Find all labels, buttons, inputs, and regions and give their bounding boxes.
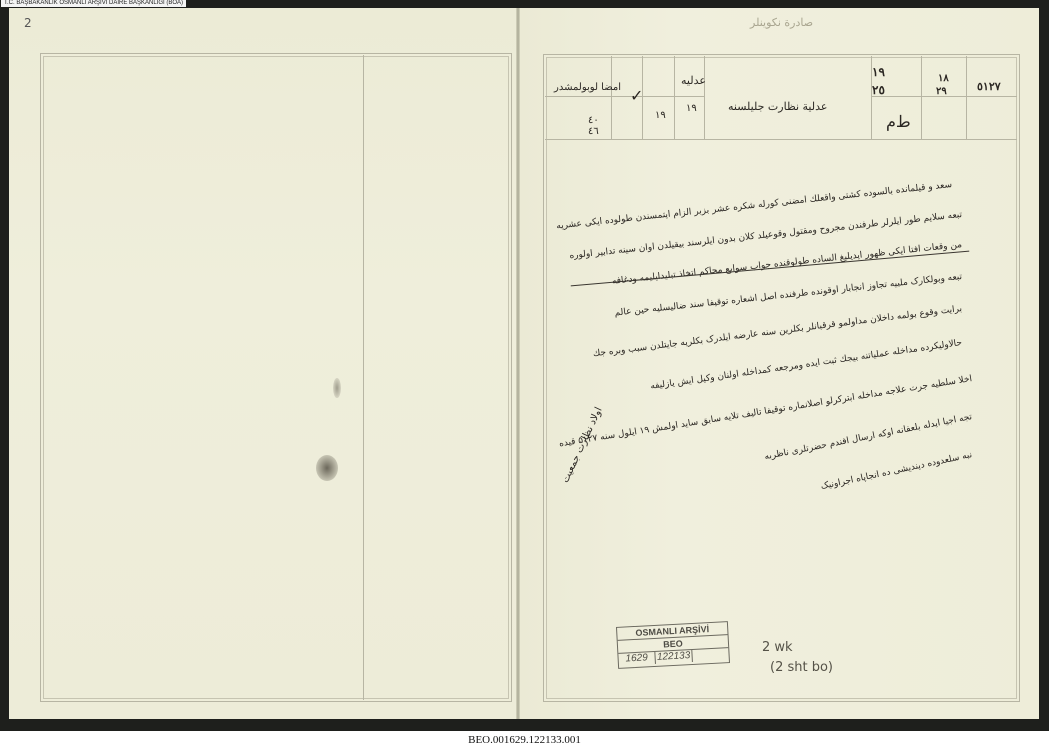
ink-smudge [333,378,341,398]
header-label: عدلیه [681,74,706,87]
ref-40: ٤٠ [588,115,599,126]
register-number: ٥١٢٧ [977,80,1001,93]
table-col-divider [966,56,967,139]
ref-19-a: ١٩ [686,103,697,114]
register-day-1: ١٨ [938,73,949,84]
stamp-doc-number: 122133 [655,650,693,664]
addressee: عدلية نظارت جليلسنه [728,100,827,113]
archive-label: T.C. BAŞBAKANLIK OSMANLI ARŞİVİ DAİRE BA… [1,0,186,7]
registrar-signature: ﻁﻡ [886,112,911,131]
stamp-file-number: 1629 [618,652,656,666]
pencil-note-sheets: 2 wk [762,640,793,655]
ref-46: ٤٦ [588,126,599,137]
left-page-column-divider [363,55,364,700]
table-col-divider [704,56,705,139]
ink-smudge [316,455,338,481]
archive-stamp: OSMANLI ARŞİVİ BEO 1629 122133 [616,621,730,669]
pencil-note-detail: (2 sht bo) [770,660,833,675]
ref-19-b: ١٩ [655,110,666,121]
register-date-2: ٢٥ [872,83,885,97]
table-mid-rule-left [545,96,705,97]
left-page-ruled-frame [40,53,512,702]
status-note: امضا لوبولمشدر [554,82,621,93]
register-day-2: ٢٩ [936,86,947,97]
stamp-empty-cell [692,648,729,662]
table-bottom-rule [545,139,1017,140]
top-pencil-note: صادرة نكوينلر [750,16,813,29]
table-col-divider [611,56,612,139]
page-number: 2 [24,16,32,30]
table-col-divider [921,56,922,139]
table-col-divider [674,56,675,139]
document-reference: BEO.001629.122133.001 [0,734,1049,746]
check-mark: ✓ [630,86,643,105]
register-date-1: ١٩ [872,65,885,79]
